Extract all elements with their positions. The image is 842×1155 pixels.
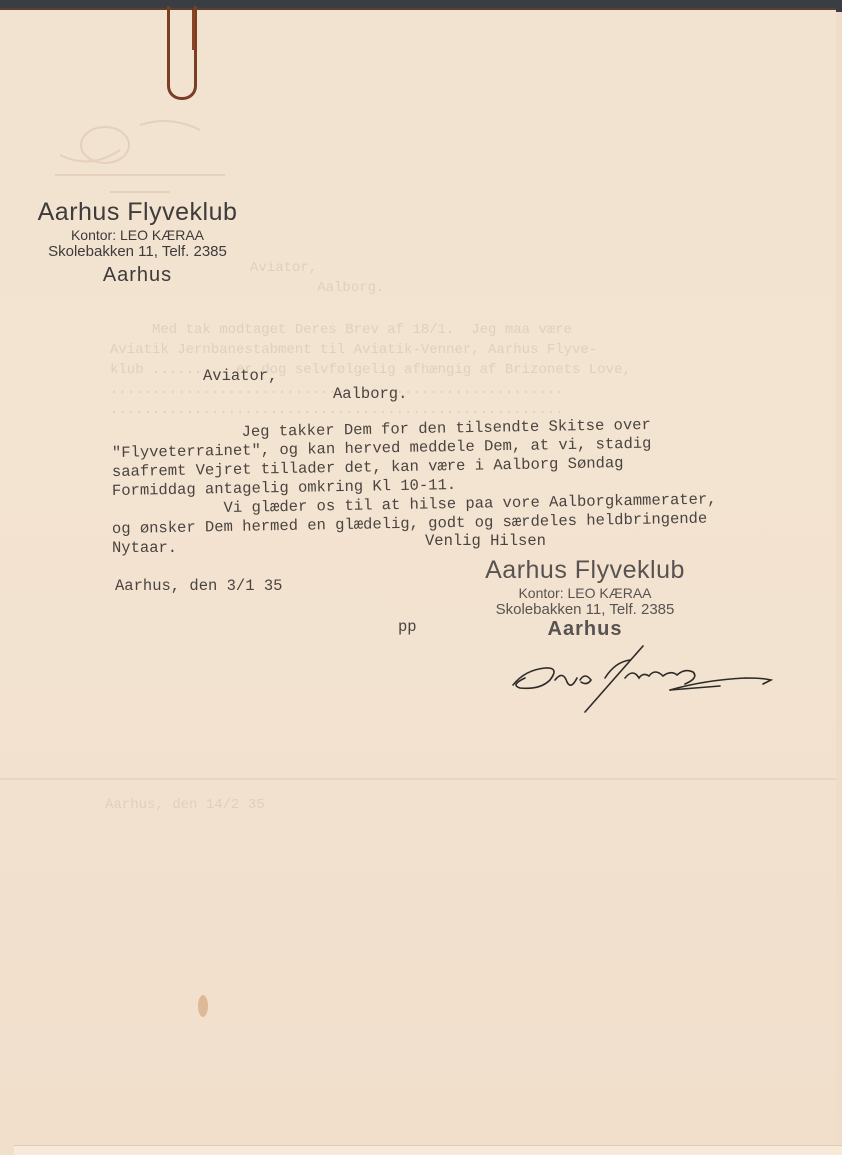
handwritten-signature-icon: Leo Kæraa [505, 640, 775, 720]
embossed-letterhead: Aarhus Flyveklub · Leo Kæraa · Skolebakk… [55, 60, 245, 200]
ghost-place-date: Aarhus, den 14/2 35 [105, 795, 265, 815]
paperclip-wire [192, 10, 195, 50]
stamp-club-name: Aarhus Flyveklub [30, 198, 245, 227]
signature-stamp: Aarhus Flyveklub Kontor: LEO KÆRAA Skole… [485, 556, 685, 641]
page-edge [14, 1145, 842, 1155]
stamp-address: Skolebakken 11, Telf. 2385 [30, 243, 245, 260]
ghost-recipient: Aviator, [250, 258, 317, 278]
stamp-office: Kontor: LEO KÆRAA [485, 585, 685, 601]
letterhead-stamp: Aarhus Flyveklub Kontor: LEO KÆRAA Skole… [30, 198, 245, 287]
ghost-line: Aviatik Jernbanestabment til Aviatik-Ven… [110, 340, 597, 360]
recipient: Aviator, [203, 367, 277, 386]
stamp-club-name: Aarhus Flyveklub [485, 556, 685, 585]
ghost-line: klub ......... er dog selvfølgelig afhæn… [110, 360, 631, 380]
stamp-city: Aarhus [30, 264, 245, 287]
paper-fold [0, 778, 836, 780]
ghost-line: Med tak modtaget Deres Brev af 18/1. Jeg… [110, 320, 572, 340]
body-line-7: Nytaar. [112, 539, 177, 558]
ghost-recipient-city: Aalborg. [250, 278, 384, 298]
place-date: Aarhus, den 3/1 35 [115, 577, 282, 596]
recipient-city: Aalborg. [333, 385, 407, 404]
stamp-office: Kontor: LEO KÆRAA [30, 227, 245, 243]
stamp-city: Aarhus [485, 618, 685, 641]
pp-mark: pp [398, 618, 417, 637]
paper-stain [198, 995, 208, 1017]
closing: Venlig Hilsen [425, 532, 546, 551]
stamp-address: Skolebakken 11, Telf. 2385 [485, 601, 685, 618]
